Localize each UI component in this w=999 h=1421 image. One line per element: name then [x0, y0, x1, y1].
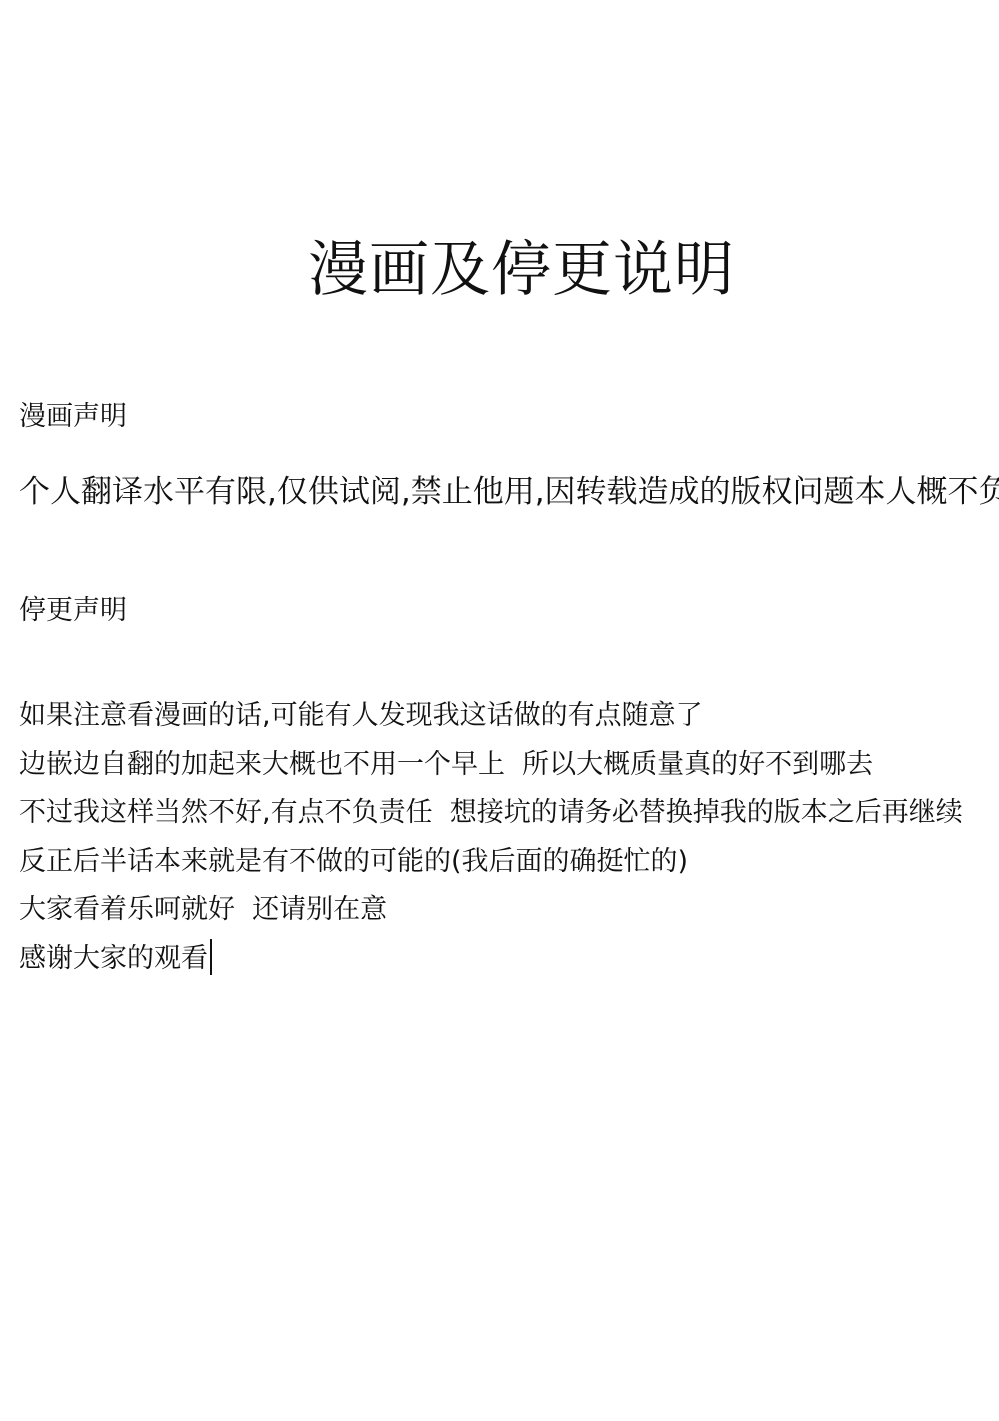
section-heading-manga-statement: 漫画声明 [19, 400, 127, 434]
page-title: 漫画及停更说明 [0, 232, 999, 308]
document-page[interactable]: 漫画及停更说明 漫画声明 个人翻译水平有限,仅供试阅,禁止他用,因转载造成的版权… [0, 0, 999, 1421]
text-line: 不过我这样当然不好,有点不负责任 想接坑的请务必替换掉我的版本之后再继续 [19, 789, 963, 838]
hiatus-paragraph: 如果注意看漫画的话,可能有人发现我这话做的有点随意了 边嵌边自翻的加起来大概也不… [19, 692, 963, 983]
text-cursor [210, 939, 212, 975]
text-line-last[interactable]: 感谢大家的观看 [19, 935, 963, 984]
text-line: 边嵌边自翻的加起来大概也不用一个早上 所以大概质量真的好不到哪去 [19, 741, 963, 790]
text-line: 反正后半话本来就是有不做的可能的(我后面的确挺忙的) [19, 838, 963, 887]
text-line: 如果注意看漫画的话,可能有人发现我这话做的有点随意了 [19, 692, 963, 741]
disclaimer-text: 个人翻译水平有限,仅供试阅,禁止他用,因转载造成的版权问题本人概不负责 [19, 472, 999, 512]
text-line: 大家看着乐呵就好 还请别在意 [19, 886, 963, 935]
section-heading-hiatus-statement: 停更声明 [19, 594, 127, 628]
text-line-content: 感谢大家的观看 [19, 943, 208, 974]
